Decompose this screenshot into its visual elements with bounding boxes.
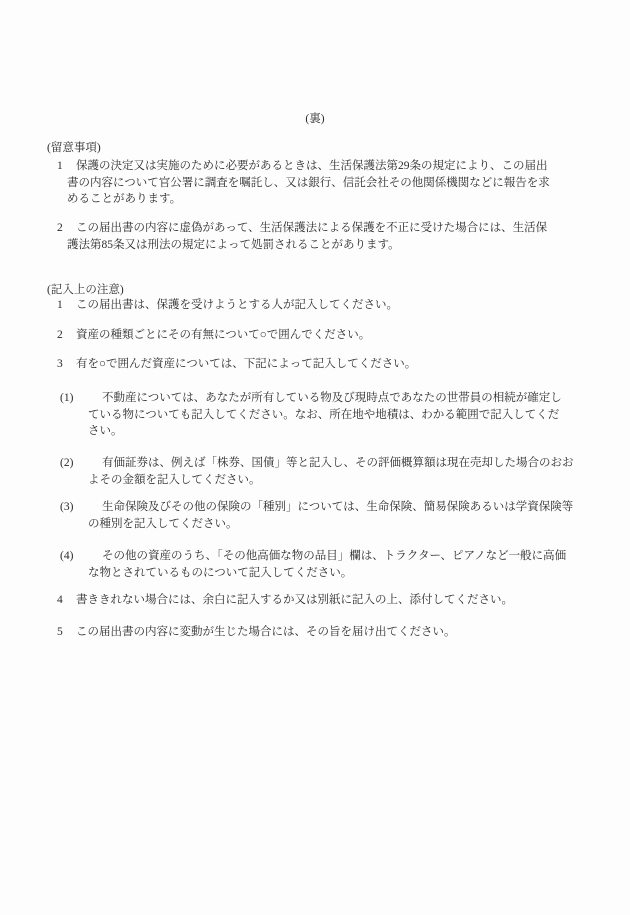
document-page: (裏) (留意事項) 1 保護の決定又は実施のために必要があるときは、生活保護法…	[0, 0, 630, 915]
text-line: 書ききれない場合には、余白に記入するか又は別紙に記入の上、添付してください。	[67, 592, 588, 609]
note-item-1: 1 保護の決定又は実施のために必要があるときは、生活保護法第29条の規定により、…	[67, 158, 588, 208]
instruction-item-2-number: 2	[57, 327, 63, 344]
instruction-subitem-2-number: (2)	[60, 455, 73, 472]
instruction-item-3: 3 有を○で囲んだ資産については、下記によって記入してください。	[67, 356, 588, 373]
instruction-item-3-number: 3	[57, 356, 63, 373]
note-item-2-number: 2	[57, 220, 63, 237]
instruction-item-4: 4 書ききれない場合には、余白に記入するか又は別紙に記入の上、添付してください。	[67, 592, 588, 609]
instruction-item-5: 5 この届出書の内容に変動が生じた場合には、その旨を届け出てください。	[67, 624, 588, 641]
note-item-1-number: 1	[57, 158, 63, 175]
instruction-subitem-3-number: (3)	[60, 499, 73, 516]
text-line: 資産の種類ごとにその有無について○で囲んでください。	[67, 327, 588, 344]
text-line: さい。	[88, 423, 588, 440]
instruction-item-5-number: 5	[57, 624, 63, 641]
instruction-subitem-2: (2) 有価証券は、例えば「株券、国債」等と記入し、その評価概算額は現在売却した…	[88, 455, 588, 488]
instruction-subitem-4: (4) その他の資産のうち、「その他高価な物の品目」欄は、トラクター、ピアノなど…	[88, 548, 588, 581]
text-line: 有価証券は、例えば「株券、国債」等と記入し、その評価概算額は現在売却した場合のお…	[88, 455, 588, 472]
notes-heading: (留意事項)	[47, 140, 101, 157]
text-line: 保護の決定又は実施のために必要があるときは、生活保護法第29条の規定により、この…	[67, 158, 588, 175]
text-line: な物とされているものについて記入してください。	[88, 565, 588, 582]
text-line: 護法第85条又は刑法の規定によって処罰されることがあります。	[67, 237, 588, 254]
text-line: 不動産については、あなたが所有している物及び現時点であなたの世帯員の相続が確定し	[88, 390, 588, 407]
text-line: 生命保険及びその他の保険の「種別」については、生命保険、簡易保険あるいは学資保険…	[88, 499, 588, 516]
instruction-subitem-4-number: (4)	[60, 548, 73, 565]
text-line: めることがあります。	[67, 191, 588, 208]
text-line: この届出書の内容に虚偽があって、生活保護法による保護を不正に受けた場合には、生活…	[67, 220, 588, 237]
instruction-subitem-1: (1) 不動産については、あなたが所有している物及び現時点であなたの世帯員の相続…	[88, 390, 588, 440]
instruction-subitem-1-number: (1)	[60, 390, 73, 407]
instruction-item-4-number: 4	[57, 592, 63, 609]
page-side-label: (裏)	[0, 111, 630, 128]
text-line: 書の内容について官公署に調査を嘱託し、又は銀行、信託会社その他関係機関などに報告…	[67, 175, 588, 192]
text-line: この届出書の内容に変動が生じた場合には、その旨を届け出てください。	[67, 624, 588, 641]
text-line: ている物についても記入してください。なお、所在地や地積は、わかる範囲で記入してく…	[88, 407, 588, 424]
instruction-item-2: 2 資産の種類ごとにその有無について○で囲んでください。	[67, 327, 588, 344]
instruction-item-1: 1 この届出書は、保護を受けようとする人が記入してください。	[67, 297, 588, 314]
text-line: 有を○で囲んだ資産については、下記によって記入してください。	[67, 356, 588, 373]
instruction-item-1-number: 1	[57, 297, 63, 314]
text-line: よその金額を記入してください。	[88, 472, 588, 489]
text-line: その他の資産のうち、「その他高価な物の品目」欄は、トラクター、ピアノなど一般に高…	[88, 548, 588, 565]
instruction-subitem-3: (3) 生命保険及びその他の保険の「種別」については、生命保険、簡易保険あるいは…	[88, 499, 588, 532]
note-item-2: 2 この届出書の内容に虚偽があって、生活保護法による保護を不正に受けた場合には、…	[67, 220, 588, 253]
text-line: この届出書は、保護を受けようとする人が記入してください。	[67, 297, 588, 314]
text-line: の種別を記入してください。	[88, 516, 588, 533]
